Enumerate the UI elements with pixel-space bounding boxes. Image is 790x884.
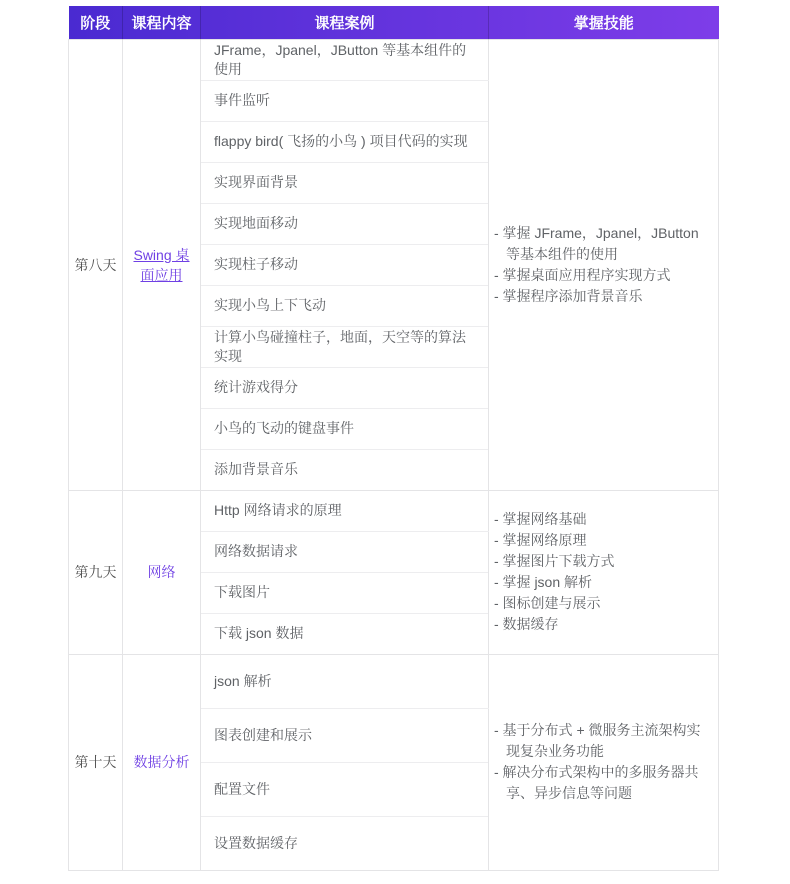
- day-cell: 第九天: [69, 490, 123, 654]
- table-header: 阶段 课程内容 课程案例 掌握技能: [69, 6, 719, 39]
- skill-item: - 基于分布式 + 微服务主流架构实现复杂业务功能: [494, 720, 710, 762]
- page: 阶段 课程内容 课程案例 掌握技能 第八天Swing 桌面应用JFrame，Jp…: [0, 0, 790, 884]
- table-row: 第八天Swing 桌面应用JFrame，Jpanel，JButton 等基本组件…: [69, 39, 719, 80]
- course-cell: 网络: [123, 490, 201, 654]
- day-cell: 第八天: [69, 39, 123, 490]
- day-cell: 第十天: [69, 654, 123, 870]
- case-cell: 图表创建和展示: [201, 708, 489, 762]
- skill-item: - 掌握网络原理: [494, 530, 710, 551]
- case-cell: 实现界面背景: [201, 162, 489, 203]
- case-cell: 下载图片: [201, 572, 489, 613]
- case-cell: 添加背景音乐: [201, 449, 489, 490]
- table-row: 第十天数据分析json 解析- 基于分布式 + 微服务主流架构实现复杂业务功能-…: [69, 654, 719, 708]
- case-cell: 实现柱子移动: [201, 244, 489, 285]
- skill-item: - 数据缓存: [494, 614, 710, 635]
- skill-item: - 掌握程序添加背景音乐: [494, 286, 710, 307]
- curriculum-table: 阶段 课程内容 课程案例 掌握技能 第八天Swing 桌面应用JFrame，Jp…: [68, 6, 719, 871]
- skill-item: - 掌握桌面应用程序实现方式: [494, 265, 710, 286]
- course-link[interactable]: 数据分析: [134, 754, 190, 770]
- skills-list: - 掌握 JFrame，Jpanel，JButton 等基本组件的使用- 掌握桌…: [494, 223, 710, 307]
- case-cell: 计算小鸟碰撞柱子，地面，天空等的算法实现: [201, 326, 489, 367]
- skill-item: - 掌握图片下载方式: [494, 551, 710, 572]
- case-cell: json 解析: [201, 654, 489, 708]
- skills-cell: - 掌握 JFrame，Jpanel，JButton 等基本组件的使用- 掌握桌…: [489, 39, 719, 490]
- course-cell: Swing 桌面应用: [123, 39, 201, 490]
- case-cell: Http 网络请求的原理: [201, 490, 489, 531]
- case-cell: 实现地面移动: [201, 203, 489, 244]
- course-link[interactable]: 网络: [148, 564, 176, 580]
- skill-item: - 掌握 JFrame，Jpanel，JButton 等基本组件的使用: [494, 223, 710, 265]
- skills-list: - 基于分布式 + 微服务主流架构实现复杂业务功能- 解决分布式架构中的多服务器…: [494, 720, 710, 804]
- skills-cell: - 掌握网络基础- 掌握网络原理- 掌握图片下载方式- 掌握 json 解析- …: [489, 490, 719, 654]
- header-row: 阶段 课程内容 课程案例 掌握技能: [69, 6, 719, 39]
- table-row: 第九天网络Http 网络请求的原理- 掌握网络基础- 掌握网络原理- 掌握图片下…: [69, 490, 719, 531]
- skills-list: - 掌握网络基础- 掌握网络原理- 掌握图片下载方式- 掌握 json 解析- …: [494, 509, 710, 635]
- case-cell: 配置文件: [201, 762, 489, 816]
- header-skills: 掌握技能: [489, 6, 719, 39]
- case-cell: JFrame，Jpanel，JButton 等基本组件的使用: [201, 39, 489, 80]
- case-cell: 事件监听: [201, 80, 489, 121]
- skill-item: - 掌握网络基础: [494, 509, 710, 530]
- header-course-cases: 课程案例: [201, 6, 489, 39]
- case-cell: 小鸟的飞动的键盘事件: [201, 408, 489, 449]
- case-cell: flappy bird( 飞扬的小鸟 ) 项目代码的实现: [201, 121, 489, 162]
- header-stage: 阶段: [69, 6, 123, 39]
- table-body: 第八天Swing 桌面应用JFrame，Jpanel，JButton 等基本组件…: [69, 39, 719, 870]
- course-cell: 数据分析: [123, 654, 201, 870]
- header-course-content: 课程内容: [123, 6, 201, 39]
- case-cell: 统计游戏得分: [201, 367, 489, 408]
- case-cell: 设置数据缓存: [201, 816, 489, 870]
- skill-item: - 解决分布式架构中的多服务器共享、异步信息等问题: [494, 762, 710, 804]
- case-cell: 实现小鸟上下飞动: [201, 285, 489, 326]
- course-link[interactable]: Swing 桌面应用: [133, 247, 189, 283]
- case-cell: 网络数据请求: [201, 531, 489, 572]
- skill-item: - 图标创建与展示: [494, 593, 710, 614]
- skill-item: - 掌握 json 解析: [494, 572, 710, 593]
- skills-cell: - 基于分布式 + 微服务主流架构实现复杂业务功能- 解决分布式架构中的多服务器…: [489, 654, 719, 870]
- case-cell: 下载 json 数据: [201, 613, 489, 654]
